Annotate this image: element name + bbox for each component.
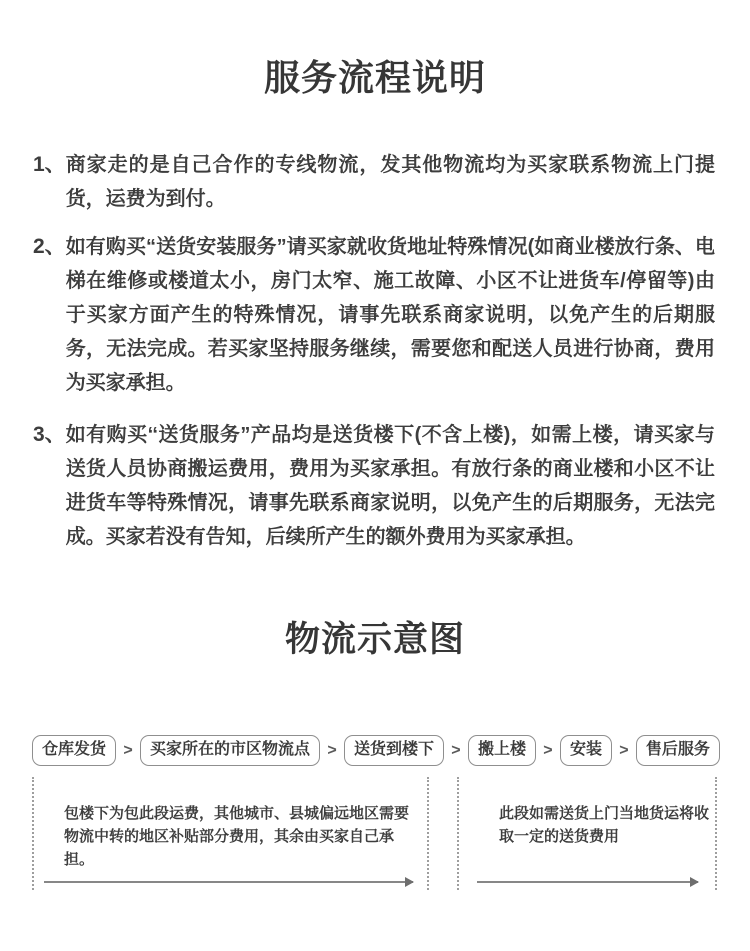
flow-step-city-logistics-point: 买家所在的市区物流点 <box>140 735 320 766</box>
flow-arrow-separator: > <box>541 742 554 760</box>
page-title: 服务流程说明 <box>0 50 750 101</box>
flow-step-carry-upstairs: 搬上楼 <box>468 735 536 766</box>
logistics-flow: 仓库发货 > 买家所在的市区物流点 > 送货到楼下 > 搬上楼 > 安装 > 售… <box>32 735 720 766</box>
freight-note-right-region: 此段如需送货上门当地货运将收取一定的送货费用 <box>457 777 717 890</box>
freight-note-left-region: 包楼下为包此段运费，其他城市、县城偏远地区需要物流中转的地区补贴部分费用，其余由… <box>32 777 429 890</box>
right-arrow-line <box>477 881 698 883</box>
flow-step-after-sales: 售后服务 <box>636 735 720 766</box>
flow-step-deliver-downstairs: 送货到楼下 <box>344 735 444 766</box>
flow-arrow-separator: > <box>617 742 630 760</box>
flow-step-warehouse: 仓库发货 <box>32 735 116 766</box>
item-text: 商家走的是自己合作的专线物流，发其他物流均为买家联系物流上门提货，运费为到付。 <box>66 148 715 216</box>
flow-arrow-separator: > <box>121 742 134 760</box>
right-arrow-line <box>44 881 413 883</box>
freight-note-left-text: 包楼下为包此段运费，其他城市、县城偏远地区需要物流中转的地区补贴部分费用，其余由… <box>34 777 427 871</box>
flow-arrow-separator: > <box>449 742 462 760</box>
item-number: 3、 <box>33 418 66 554</box>
service-item-3: 3、 如有购买‘‘送货服务”产品均是送货楼下(不含上楼)，如需上楼，请买家与送货… <box>33 418 715 554</box>
service-item-2: 2、 如有购买“送货安装服务”请买家就收货地址特殊情况(如商业楼放行条、电梯在维… <box>33 230 715 400</box>
flow-step-installation: 安装 <box>560 735 612 766</box>
service-item-1: 1、 商家走的是自己合作的专线物流，发其他物流均为买家联系物流上门提货，运费为到… <box>33 148 715 216</box>
logistics-diagram-title: 物流示意图 <box>0 612 750 662</box>
service-items-list: 1、 商家走的是自己合作的专线物流，发其他物流均为买家联系物流上门提货，运费为到… <box>33 148 715 554</box>
item-text: 如有购买“送货安装服务”请买家就收货地址特殊情况(如商业楼放行条、电梯在维修或楼… <box>66 230 715 400</box>
service-description-page: 服务流程说明 1、 商家走的是自己合作的专线物流，发其他物流均为买家联系物流上门… <box>0 0 750 951</box>
flow-arrow-separator: > <box>325 742 338 760</box>
freight-note-right-text: 此段如需送货上门当地货运将收取一定的送货费用 <box>459 777 715 848</box>
item-number: 2、 <box>33 230 66 400</box>
item-number: 1、 <box>33 148 66 216</box>
item-text: 如有购买‘‘送货服务”产品均是送货楼下(不含上楼)，如需上楼，请买家与送货人员协… <box>66 418 715 554</box>
